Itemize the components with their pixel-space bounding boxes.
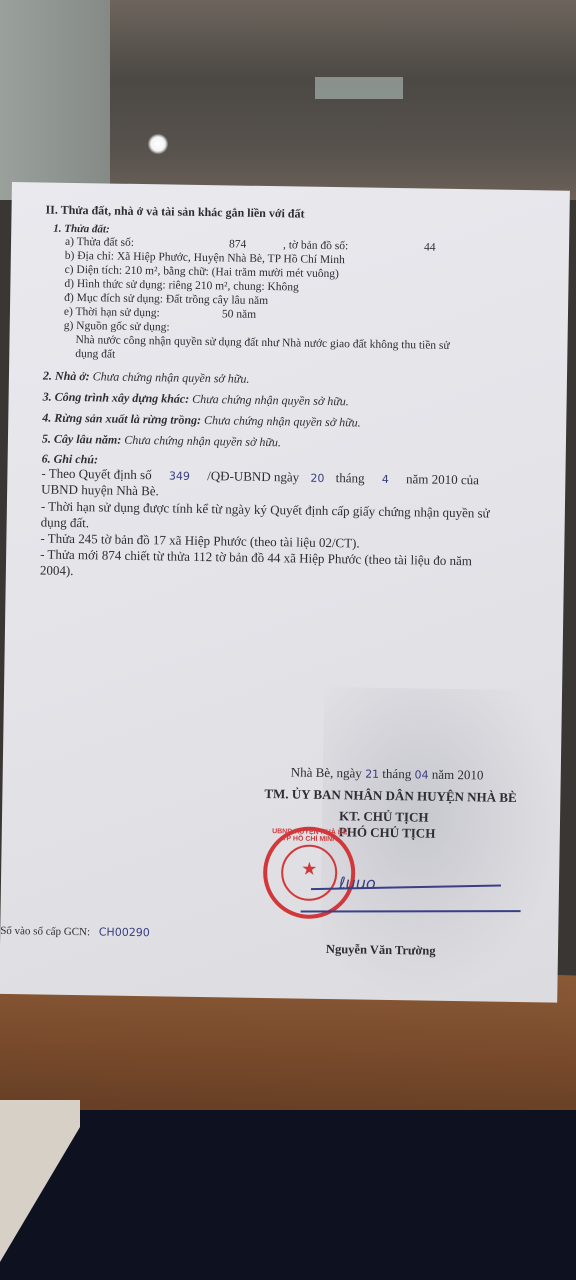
item-house: 2. Nhà ở: Chưa chứng nhận quyền sở hữu. (43, 369, 250, 387)
signature-stroke-2 (301, 910, 521, 912)
note-parcel-new-2: 2004). (40, 562, 74, 579)
land-heading: 1. Thửa đất: (53, 223, 110, 236)
place-date: Nhà Bè, ngày 21 tháng 04 năm 2010 (291, 764, 484, 783)
section-title: II. Thửa đất, nhà ở và tài sản khác gắn … (45, 203, 304, 222)
signature-scribble: ℓuuo (339, 873, 376, 893)
item-perennial-trees: 5. Cây lâu năm: Chưa chứng nhận quyền sở… (42, 432, 281, 451)
handwritten-registry-code: CH00290 (99, 925, 150, 939)
usage-form: d) Hình thức sử dụng: riêng 210 m², chun… (64, 278, 299, 294)
signer-title-2: PHÓ CHỦ TỊCH (339, 824, 436, 842)
stamp-text: UBND HUYỆN NHÀ BÈ TP HỒ CHÍ MINH (268, 828, 352, 843)
signing-organization: TM. ỦY BAN NHÂN DÂN HUYỆN NHÀ BÈ (264, 786, 517, 806)
stamp-inner-ring: ★ (281, 844, 338, 901)
item-other-construction: 3. Công trình xây dựng khác: Chưa chứng … (43, 390, 349, 410)
handwritten-sign-month: 04 (414, 768, 428, 781)
signer-name: Nguyễn Văn Trường (326, 942, 436, 959)
dark-floor (0, 1110, 576, 1280)
item-planted-forest: 4. Rừng sản xuất là rừng trồng: Chưa chứ… (42, 411, 361, 431)
handwritten-decision-number: 349 (169, 470, 190, 483)
usage-purpose: đ) Mục đích sử dụng: Đất trồng cây lâu n… (64, 292, 268, 307)
signer-title-1: KT. CHỦ TỊCH (339, 808, 429, 825)
map-sheet-value: 44 (424, 241, 436, 253)
handwritten-month: 4 (382, 473, 389, 486)
light-reflection (148, 134, 168, 154)
usage-term-label: e) Thời hạn sử dụng: (64, 306, 160, 320)
note-decision-line2: UBND huyện Nhà Bè. (41, 481, 159, 499)
note-term-1: - Thời hạn sử dụng được tính kể từ ngày … (41, 498, 490, 521)
parcel-number-label: a) Thửa đất số: (65, 236, 134, 249)
origin-value-2: dụng đất (75, 348, 115, 361)
map-sheet-label: , tờ bản đồ số: (283, 239, 348, 252)
origin-label: g) Nguồn gốc sử dụng: (64, 320, 170, 334)
parcel-number-value: 874 (229, 238, 246, 250)
star-icon: ★ (283, 858, 335, 880)
usage-term-value: 50 năm (222, 308, 256, 321)
note-term-2: dụng đất. (41, 514, 90, 531)
land-certificate-page: II. Thửa đất, nhà ở và tài sản khác gắn … (0, 182, 570, 1003)
handwritten-sign-day: 21 (365, 768, 379, 781)
background-object (315, 77, 403, 99)
handwritten-day: 20 (310, 472, 324, 485)
origin-value-1: Nhà nước công nhận quyền sử dụng đất như… (75, 334, 449, 352)
note-parcel-new-1: - Thửa mới 874 chiết từ thửa 112 tờ bản … (40, 546, 472, 569)
wall-panel (0, 0, 110, 200)
background-wall (0, 0, 576, 200)
registry-number: Số vào sổ cấp GCN: CH00290 (0, 924, 150, 939)
